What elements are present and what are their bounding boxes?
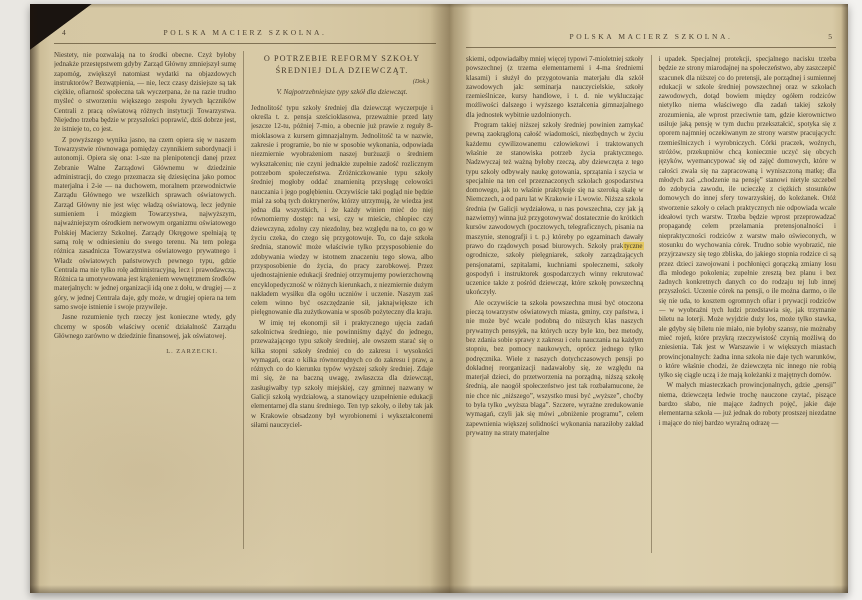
article-title: O POTRZEBIE REFORMY SZKOŁY ŚREDNIEJ DLA … [251,53,433,77]
left-page-header: 4 POLSKA MACIERZ SZKOLNA. [54,28,436,41]
article-title-line1: O POTRZEBIE REFORMY SZKOŁY [264,54,420,63]
paragraph: Program takiej niższej szkoły średniej p… [466,121,644,298]
right-column-1: skiemi, odpowiadałby mniej więcej typowi… [466,55,644,553]
left-page: 4 POLSKA MACIERZ SZKOLNA. Niestety, nie … [30,4,450,593]
paragraph: Jednolitość typu szkoły średniej dla dzi… [251,104,433,318]
journal-title-left: POLSKA MACIERZ SZKOLNA. [54,28,436,37]
right-header-rule [466,47,836,48]
article-section-heading: V. Najpotrzebniejsze typy szkół dla dzie… [261,88,423,98]
paragraph: skiemi, odpowiadałby mniej więcej typowi… [466,55,644,120]
author-signature: L. ZARZECKI. [54,348,218,356]
right-column-2: i upadek. Specjalnej protekcji, specjaln… [659,55,837,553]
article-continuation-note: (Dok.) [251,78,429,86]
paragraph: i upadek. Specjalnej protekcji, specjaln… [659,55,837,380]
paragraph: Niestety, nie pozwalają na to środki obe… [54,51,236,135]
right-page-number: 5 [828,32,832,41]
left-column-2: O POTRZEBIE REFORMY SZKOŁY ŚREDNIEJ DLA … [251,51,433,553]
left-page-number: 4 [62,28,66,37]
journal-title-right: POLSKA MACIERZ SZKOLNA. [466,32,836,41]
right-page: POLSKA MACIERZ SZKOLNA. 5 skiemi, odpowi… [450,4,848,593]
paragraph: Jasne rozumienie tych rzeczy jest koniec… [54,313,236,341]
left-column-1: Niestety, nie pozwalają na to środki obe… [54,51,236,553]
paragraph: W małych miasteczkach prowincjonalnych, … [659,381,837,427]
column-rule [651,55,652,553]
article-title-line2: ŚREDNIEJ DLA DZIEWCZĄT. [276,66,409,75]
right-page-header: POLSKA MACIERZ SZKOLNA. 5 [466,32,836,45]
column-rule [243,51,244,549]
highlighted-word: tyczne [623,242,643,250]
paragraph: Ale oczywiście ta szkoła powszechna musi… [466,299,644,438]
paragraph: W imię tej ekonomji sił i praktycznego u… [251,319,433,431]
left-header-rule [54,43,436,44]
scanned-book-spread: 4 POLSKA MACIERZ SZKOLNA. Niestety, nie … [30,4,848,593]
right-page-columns: skiemi, odpowiadałby mniej więcej typowi… [466,55,836,553]
paragraph: Z powyższego wynika jasno, na czem opier… [54,136,236,313]
left-page-columns: Niestety, nie pozwalają na to środki obe… [54,51,436,553]
